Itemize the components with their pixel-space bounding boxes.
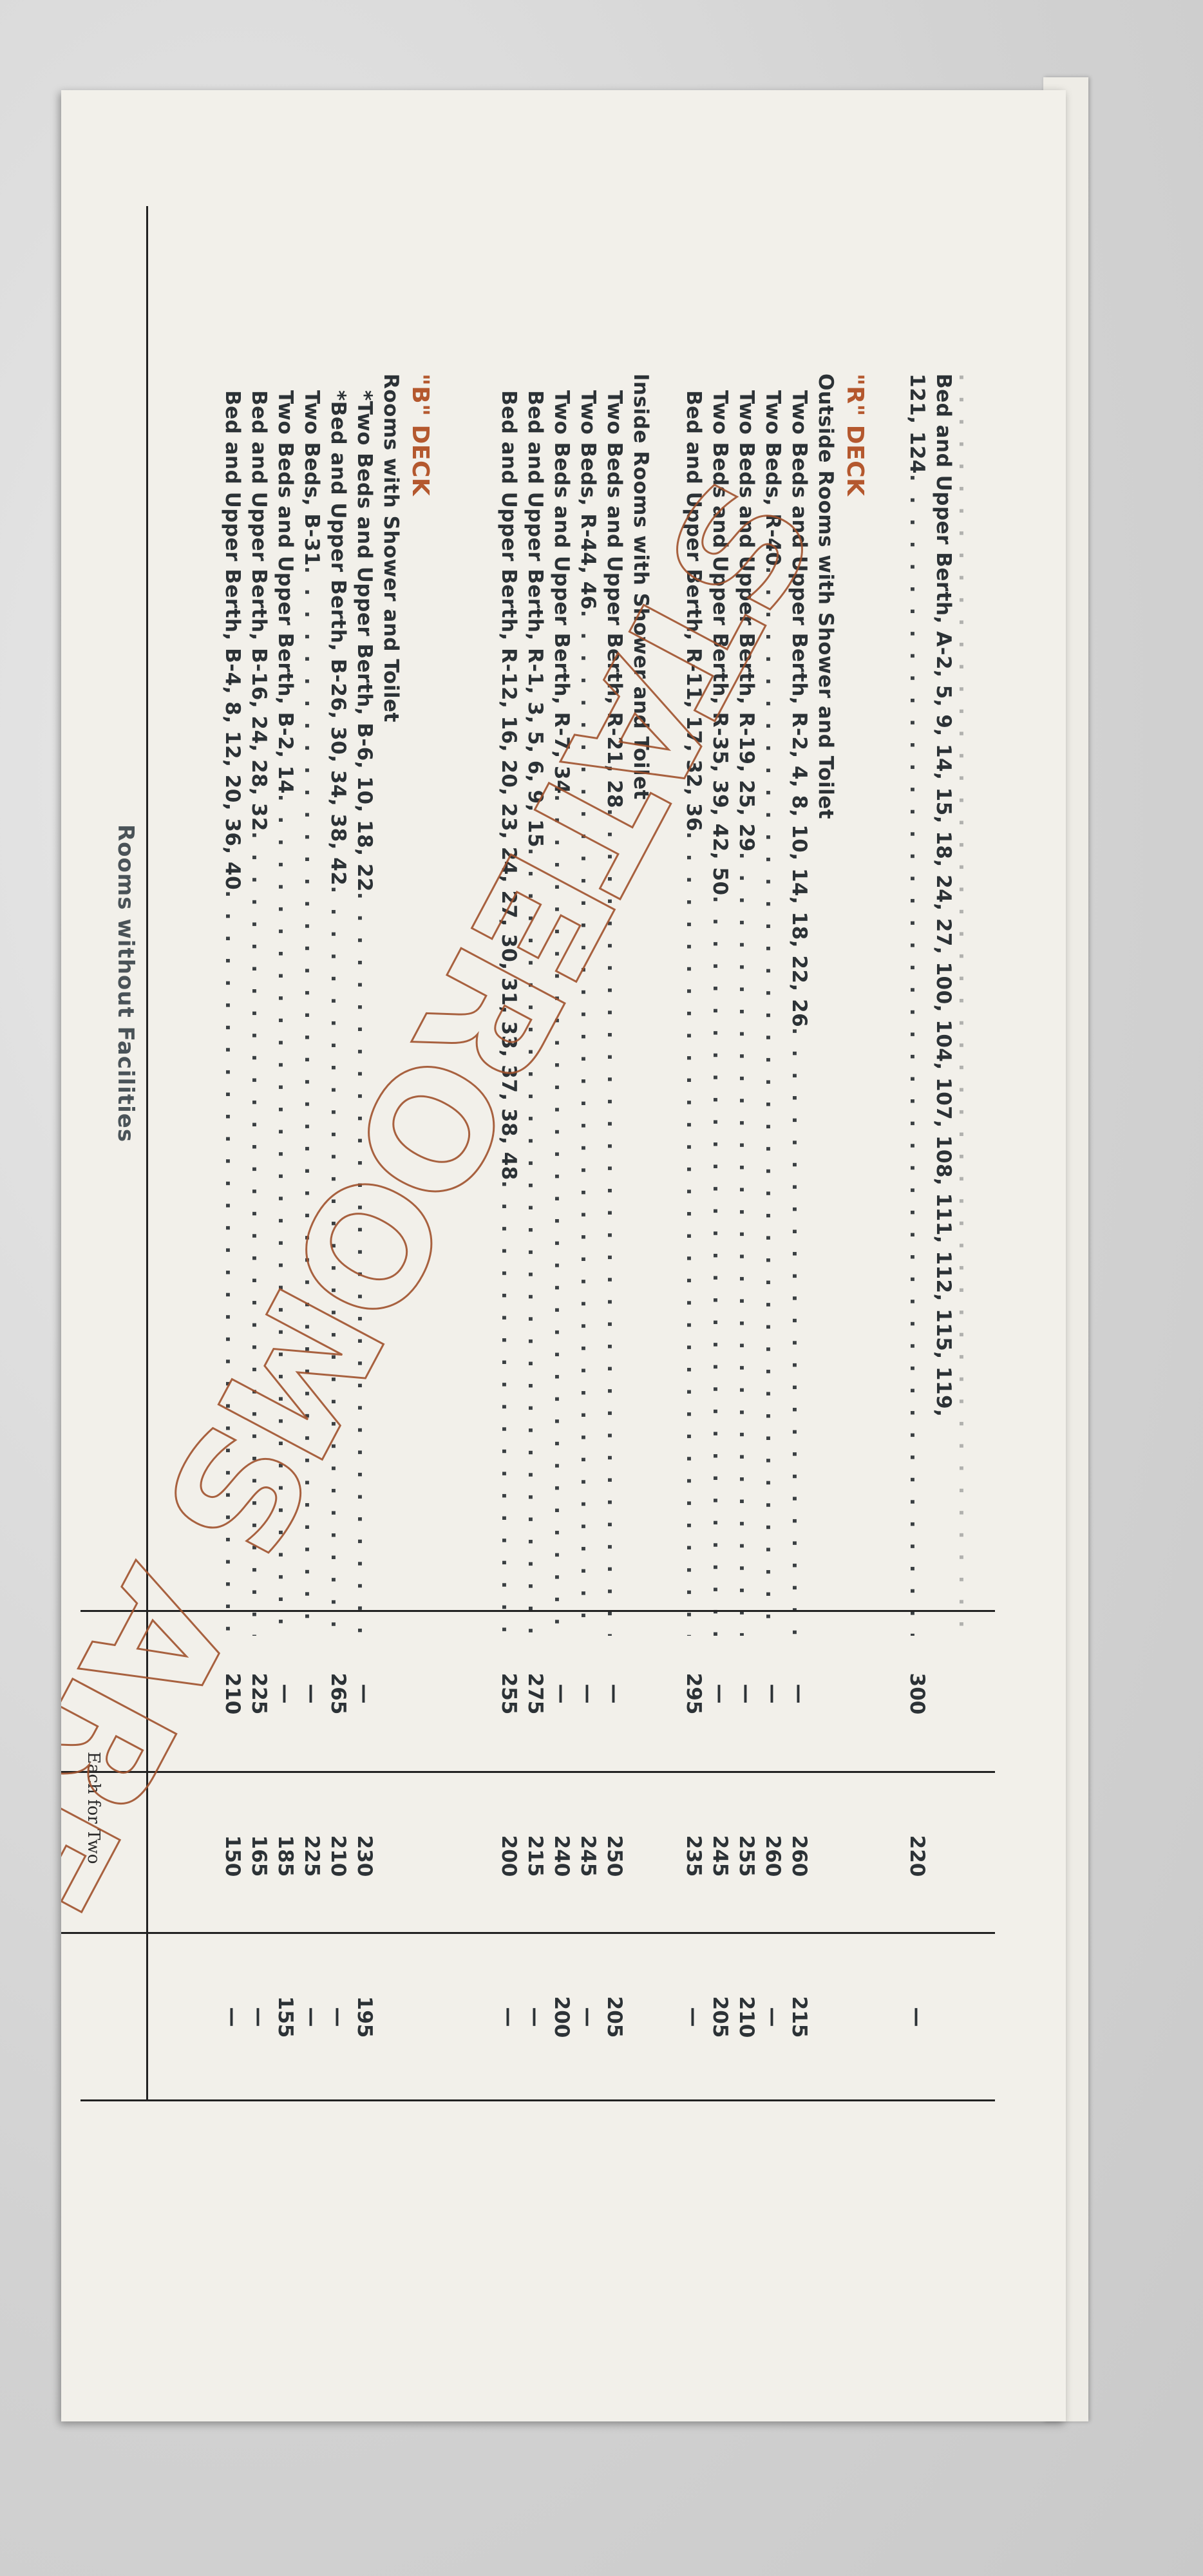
room-label: 121, 124	[904, 374, 930, 474]
leader-dots	[786, 1027, 812, 1636]
leader-dots	[904, 474, 930, 1636]
leader-dots	[680, 831, 706, 1636]
price-column-2: 220 260 260 255 245 235 250 245 240 215 …	[219, 1772, 969, 1940]
price-column-1: 300 — — — — 295 — — — 275 255 — 265 — — …	[219, 1610, 969, 1777]
leader-dots	[706, 896, 733, 1636]
rate-card: Bed and Upper Berth, A-2, 5, 9, 14, 15, …	[61, 90, 1066, 2421]
leader-dots	[759, 566, 786, 1636]
list-item: Bed and Upper Berth, A-2, 5, 9, 14, 15, …	[930, 374, 956, 1636]
leader-dots	[733, 852, 759, 1636]
rate-card-page: Bed and Upper Berth, A-2, 5, 9, 14, 15, …	[61, 90, 1066, 2421]
r-deck-title: "R" DECK	[838, 374, 877, 1636]
list-item: 121, 124	[904, 374, 930, 1636]
price-column-3: — 215 — 210 205 — 205 — 200 — — 195 — — …	[219, 1933, 969, 2101]
cut-off-row	[956, 374, 969, 1636]
leader-dots	[495, 1180, 522, 1636]
room-label: Bed and Upper Berth, A-2, 5, 9, 14, 15, …	[930, 374, 956, 1417]
rooms-without-facilities-label: Rooms without Facilities	[113, 824, 138, 1142]
